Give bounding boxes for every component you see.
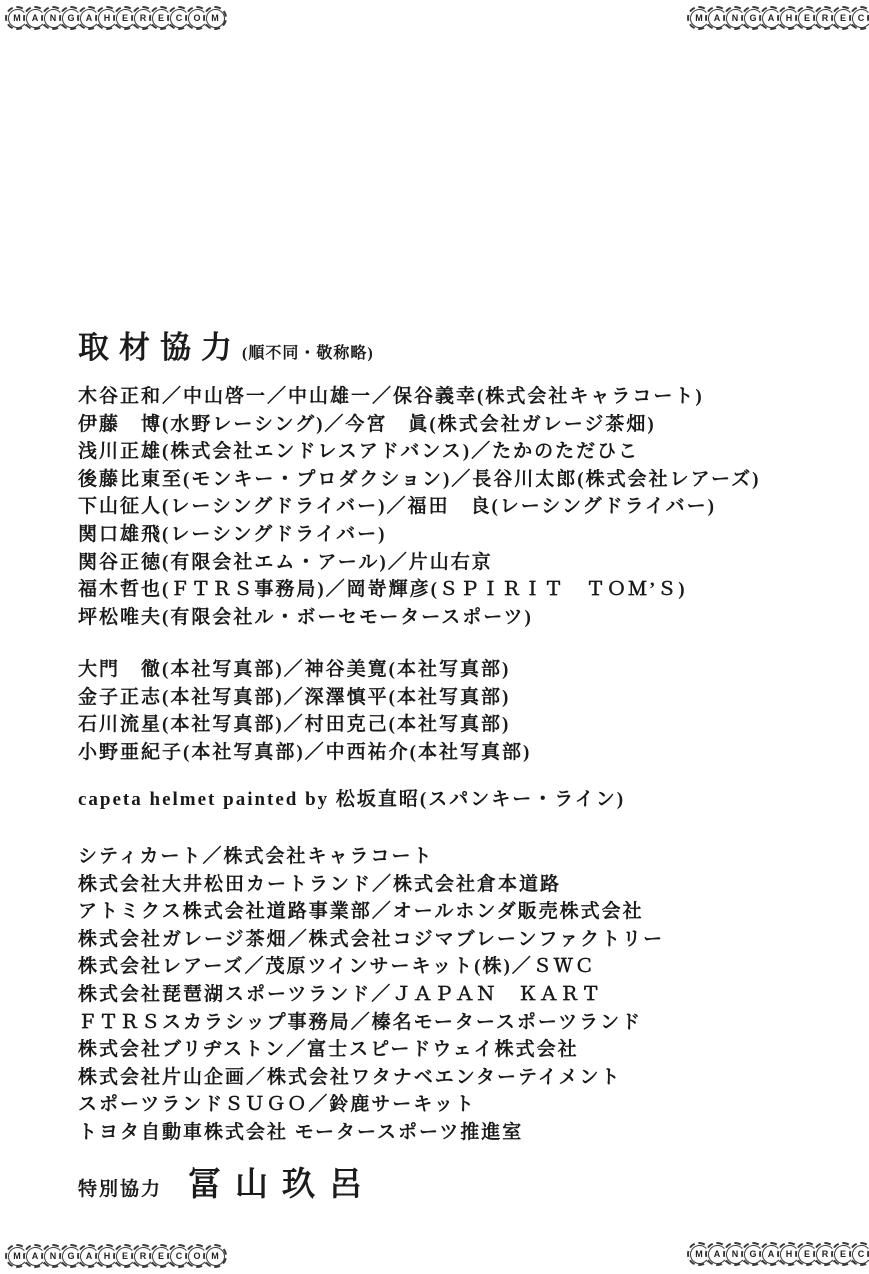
credit-line: 福木哲也(ＦＴＲＳ事務局)／岡嵜輝彦(ＳＰＩＲＩＴ ＴＯＭ’Ｓ) bbox=[78, 576, 760, 604]
credit-line: 浅川正雄(株式会社エンドレスアドバンス)／たかのただひこ bbox=[78, 438, 760, 466]
title-note: (順不同・敬称略) bbox=[242, 340, 374, 363]
credit-line: 坪松唯夫(有限会社ル・ボーセモータースポーツ) bbox=[78, 604, 760, 632]
credit-line: 株式会社ガレージ茶畑／株式会社コジマブレーンファクトリー bbox=[78, 926, 664, 954]
people-credits-block: 木谷正和／中山啓一／中山雄一／保谷義幸(株式会社キャラコート) 伊藤 博(水野レ… bbox=[78, 383, 760, 631]
section-title: 取材協力 (順不同・敬称略) bbox=[78, 322, 374, 367]
photo-dept-credits-block: 大門 徹(本社写真部)／神谷美寛(本社写真部) 金子正志(本社写真部)／深澤慎平… bbox=[78, 656, 531, 766]
credit-line: スポーツランドＳＵＧＯ／鈴鹿サーキット bbox=[78, 1091, 664, 1119]
credit-line: 下山征人(レーシングドライバー)／福田 良(レーシングドライバー) bbox=[78, 493, 760, 521]
title-main: 取材協力 bbox=[78, 322, 242, 367]
manga-credits-page: MANGAHERE.COM MANGAHERE.COM MANGAHERE.CO… bbox=[0, 0, 869, 1274]
credit-line: 後藤比東至(モンキー・プロダクション)／長谷川太郎(株式会社レアーズ) bbox=[78, 466, 760, 494]
special-thanks-name: 冨山玖呂 bbox=[188, 1158, 376, 1205]
credit-line: トヨタ自動車株式会社 モータースポーツ推進室 bbox=[78, 1119, 664, 1147]
credit-line: 伊藤 博(水野レーシング)／今宮 眞(株式会社ガレージ茶畑) bbox=[78, 411, 760, 439]
special-thanks-row: 特別協力 冨山玖呂 bbox=[78, 1158, 376, 1205]
credit-line: 株式会社レアーズ／茂原ツインサーキット(株)／ＳＷＣ bbox=[78, 953, 664, 981]
special-thanks-label: 特別協力 bbox=[78, 1174, 162, 1201]
mangahere-watermark-top-right: MANGAHERE.COM bbox=[687, 5, 869, 31]
credit-line: 株式会社片山企画／株式会社ワタナベエンターテイメント bbox=[78, 1064, 664, 1092]
credit-line: 株式会社ブリヂストン／富士スピードウェイ株式会社 bbox=[78, 1036, 664, 1064]
mangahere-watermark-bottom-right: MANGAHERE.COM bbox=[687, 1241, 869, 1267]
credit-line: 関口雄飛(レーシングドライバー) bbox=[78, 521, 760, 549]
credit-line: 金子正志(本社写真部)／深澤慎平(本社写真部) bbox=[78, 684, 531, 712]
helmet-credit-block: capeta helmet painted by 松坂直昭(スパンキー・ライン) bbox=[78, 786, 625, 814]
credit-line: シティカート／株式会社キャラコート bbox=[78, 843, 664, 871]
credit-line: 石川流星(本社写真部)／村田克己(本社写真部) bbox=[78, 711, 531, 739]
mangahere-watermark-top-left: MANGAHERE.COM bbox=[5, 5, 227, 31]
credit-line: capeta helmet painted by 松坂直昭(スパンキー・ライン) bbox=[78, 786, 625, 814]
credit-line: ＦＴＲＳスカラシップ事務局／榛名モータースポーツランド bbox=[78, 1009, 664, 1037]
credit-line: 小野亜紀子(本社写真部)／中西祐介(本社写真部) bbox=[78, 739, 531, 767]
credit-line: 木谷正和／中山啓一／中山雄一／保谷義幸(株式会社キャラコート) bbox=[78, 383, 760, 411]
credit-line: 大門 徹(本社写真部)／神谷美寛(本社写真部) bbox=[78, 656, 531, 684]
mangahere-watermark-bottom-left: MANGAHERE.COM bbox=[5, 1243, 227, 1269]
credit-line: 株式会社琵琶湖スポーツランド／ＪＡＰＡＮ ＫＡＲＴ bbox=[78, 981, 664, 1009]
credit-line: 関谷正徳(有限会社エム・アール)／片山右京 bbox=[78, 549, 760, 577]
companies-credits-block: シティカート／株式会社キャラコート 株式会社大井松田カートランド／株式会社倉本道… bbox=[78, 843, 664, 1147]
credit-line: 株式会社大井松田カートランド／株式会社倉本道路 bbox=[78, 871, 664, 899]
credit-line: アトミクス株式会社道路事業部／オールホンダ販売株式会社 bbox=[78, 898, 664, 926]
